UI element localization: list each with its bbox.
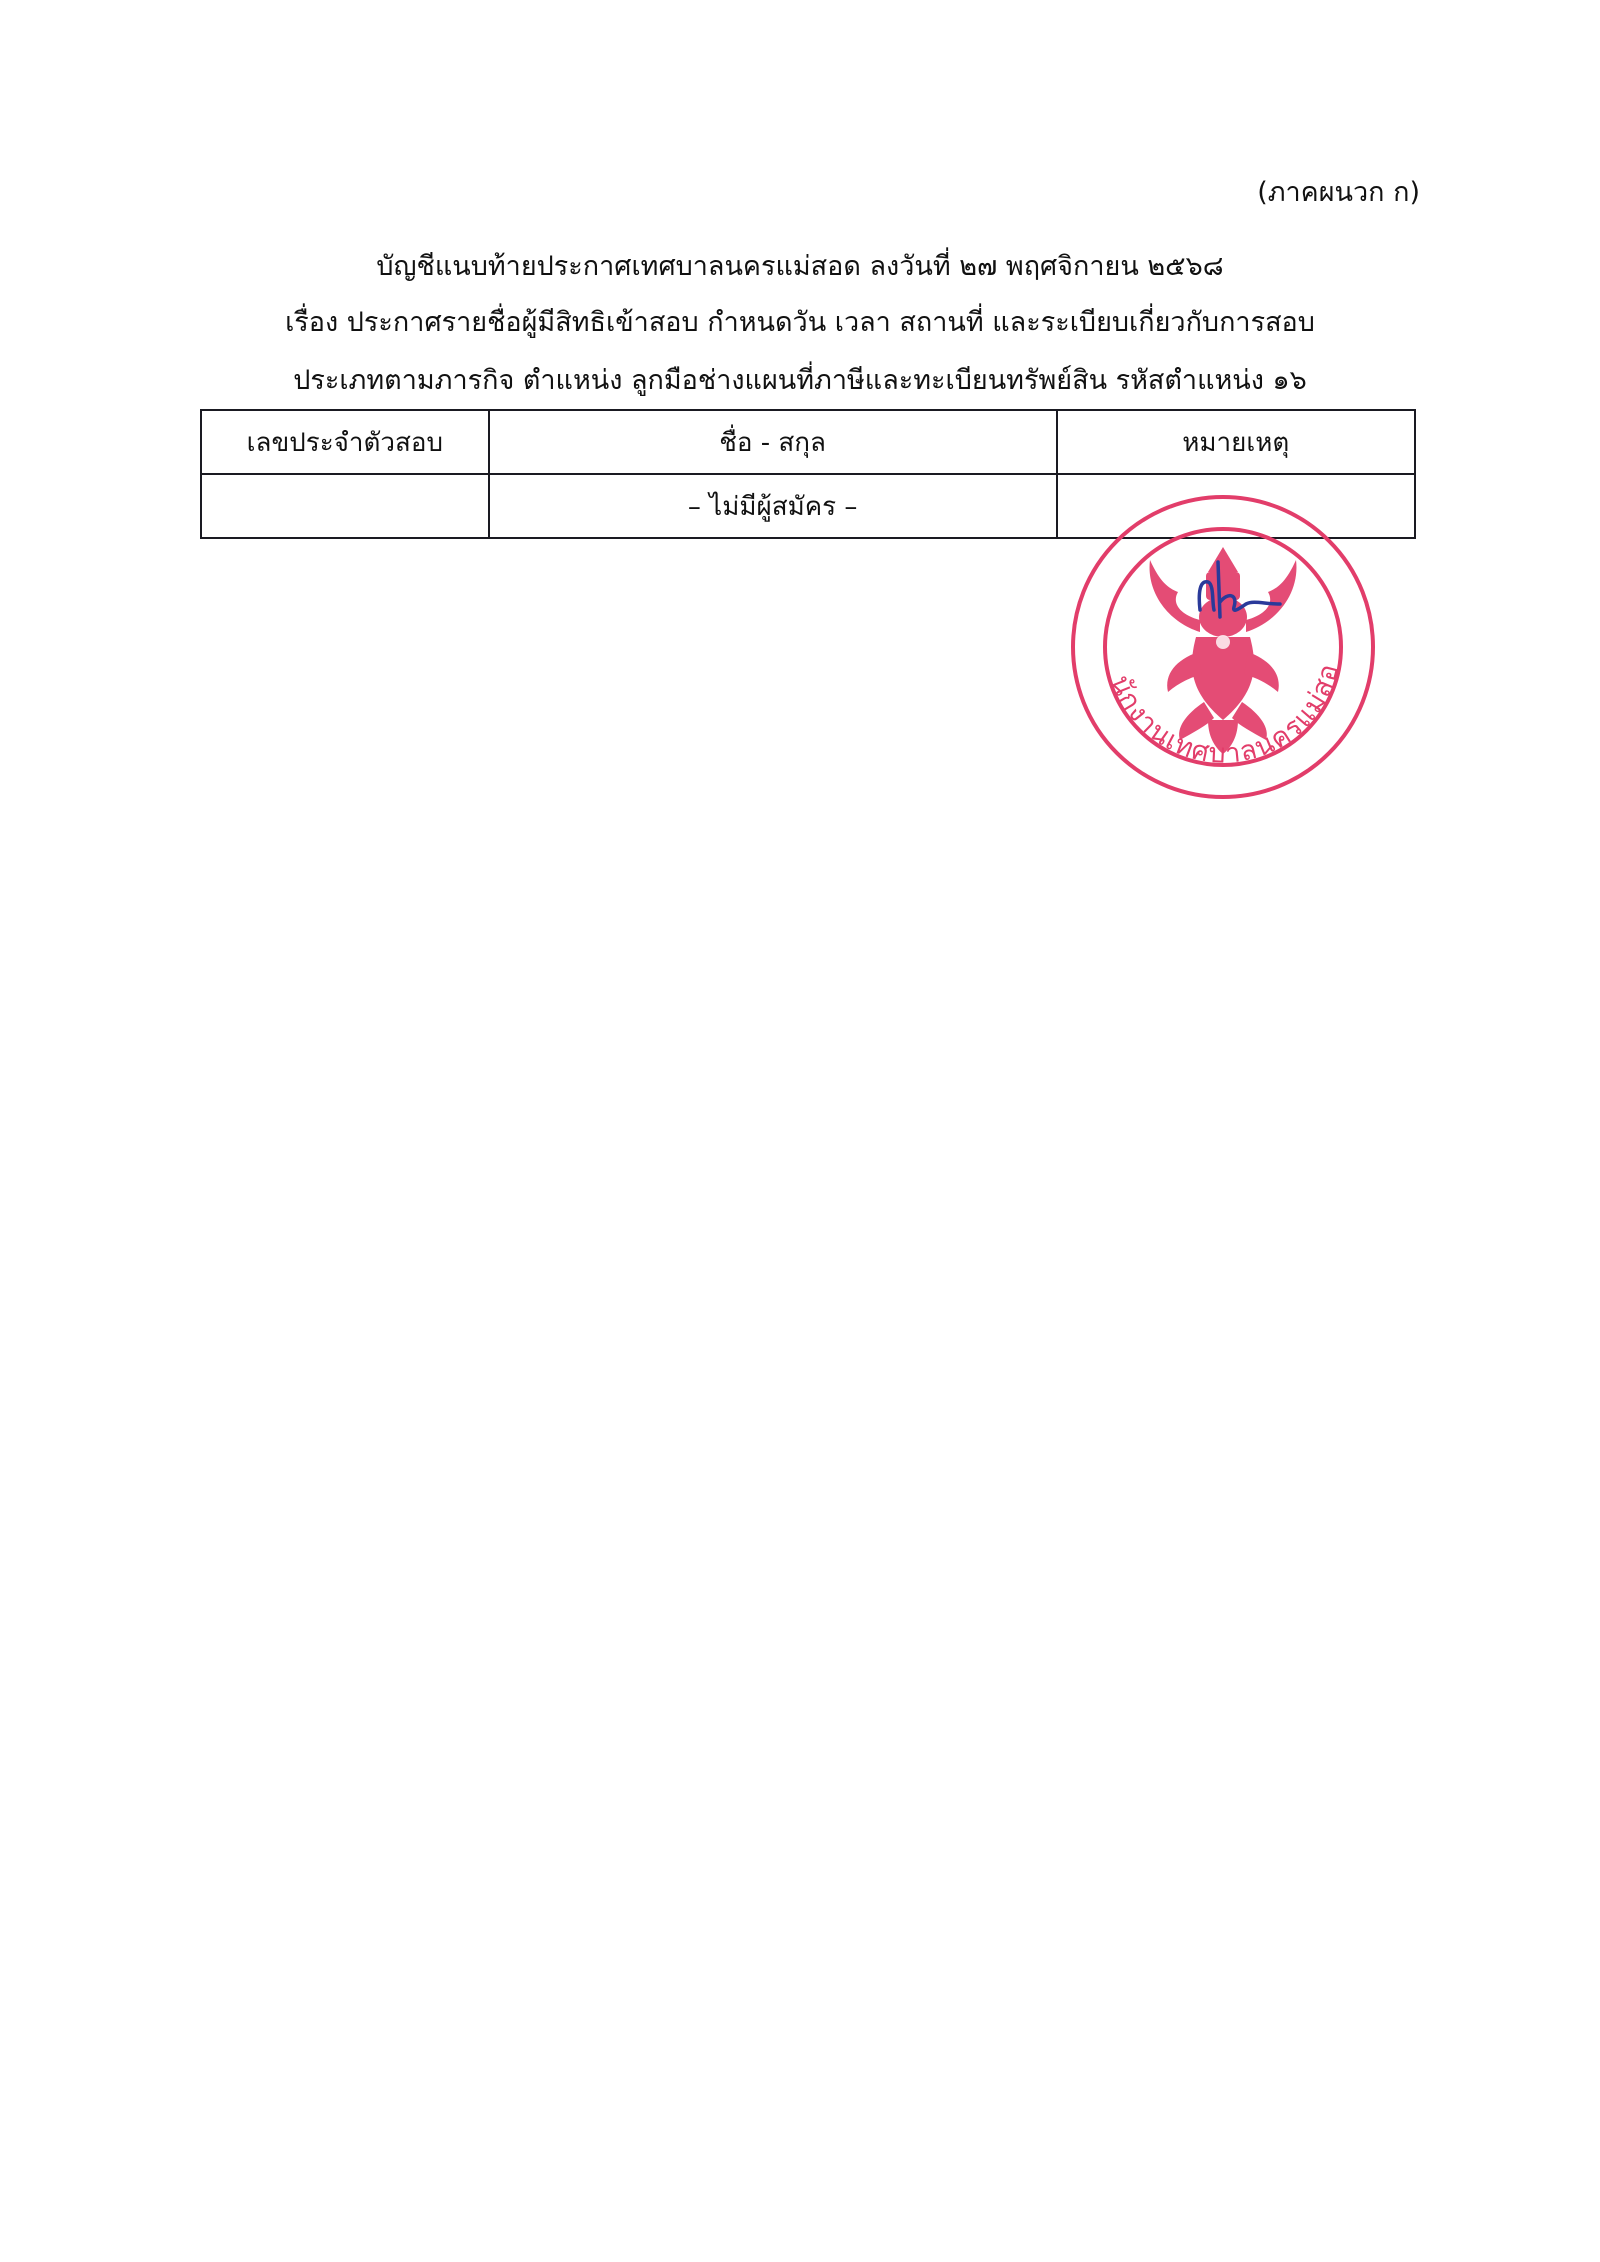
heading-line-2: เรื่อง ประกาศรายชื่อผู้มีสิทธิเข้าสอบ กำ… [0, 300, 1600, 343]
appendix-label: (ภาคผนวก ก) [1257, 170, 1420, 213]
cell-full-name: – ไม่มีผู้สมัคร – [489, 474, 1057, 538]
heading-line-1: บัญชีแนบท้ายประกาศเทศบาลนครแม่สอด ลงวันท… [0, 244, 1600, 287]
header-full-name: ชื่อ - สกุล [489, 410, 1057, 474]
header-exam-id: เลขประจำตัวสอบ [201, 410, 489, 474]
cell-exam-id [201, 474, 489, 538]
heading-line-3: ประเภทตามภารกิจ ตำแหน่ง ลูกมือช่างแผนที่… [0, 358, 1600, 401]
official-seal-stamp: สำนักงานเทศบาลนครแม่สอด [1068, 492, 1378, 802]
header-remarks: หมายเหตุ [1057, 410, 1415, 474]
table-header-row: เลขประจำตัวสอบ ชื่อ - สกุล หมายเหตุ [201, 410, 1415, 474]
garuda-emblem-icon: สำนักงานเทศบาลนครแม่สอด [1068, 492, 1378, 802]
